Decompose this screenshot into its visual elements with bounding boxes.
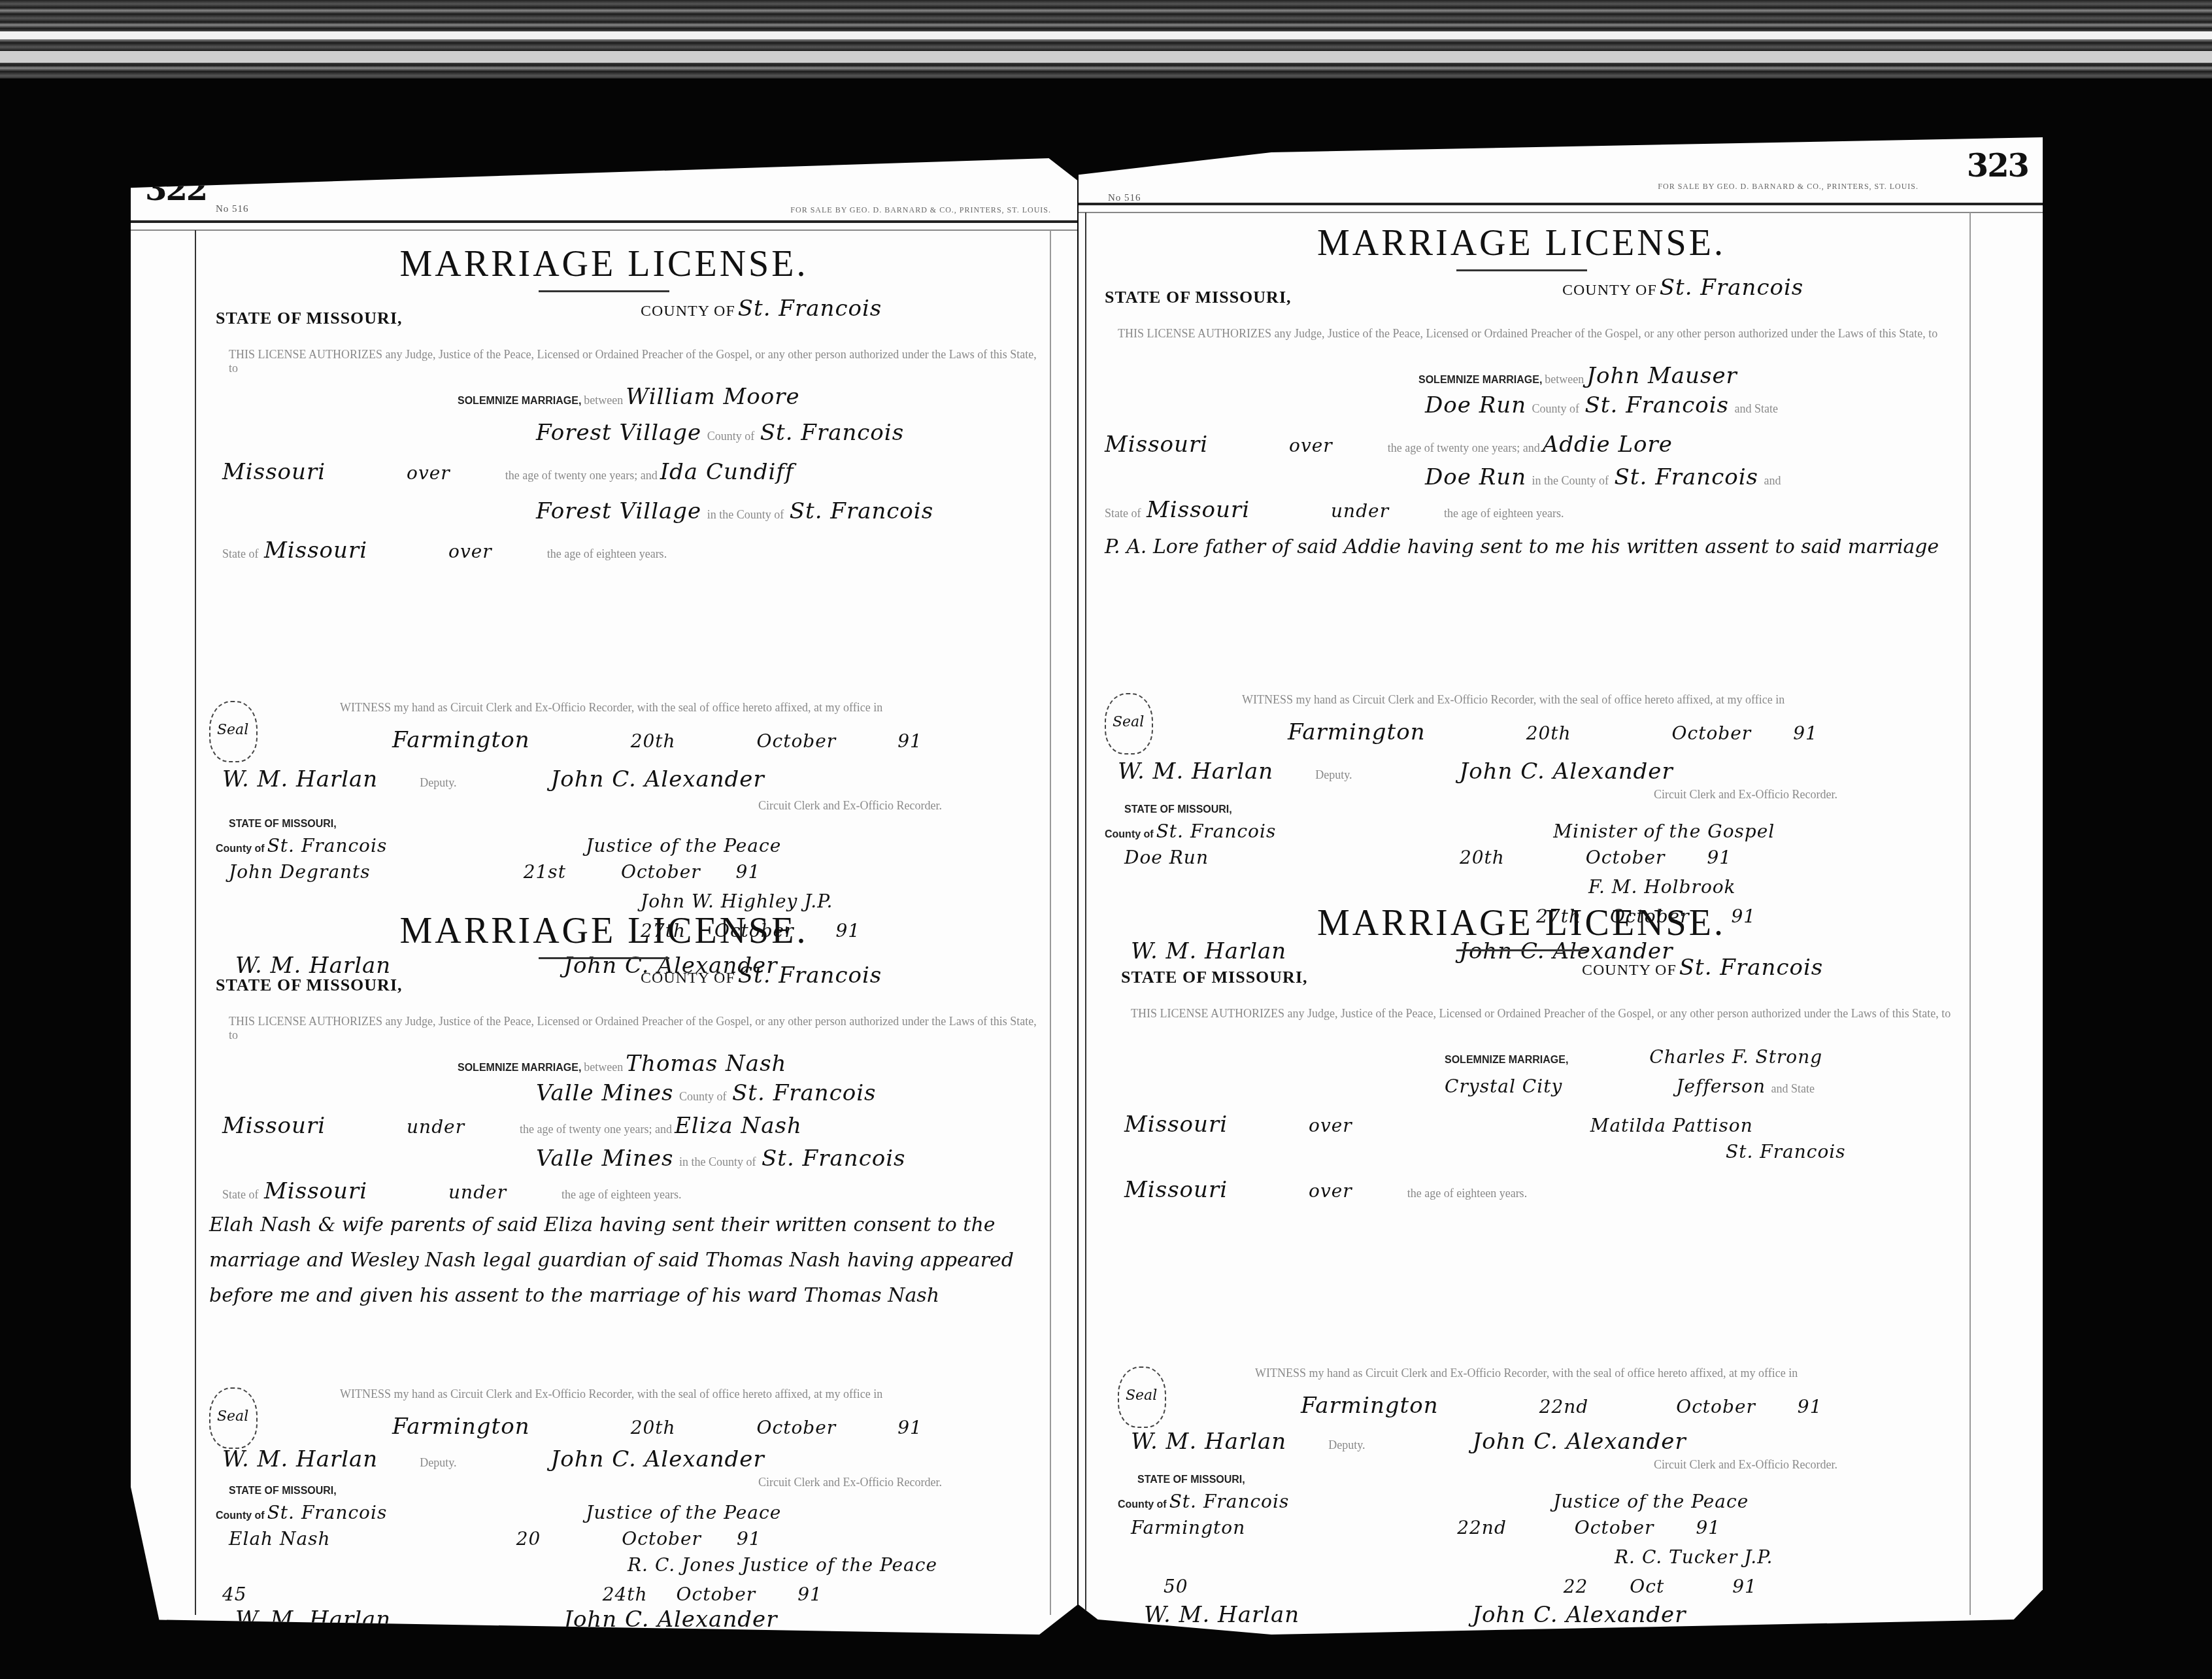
county-label: COUNTY OF [641,303,735,320]
bride-county: St. Francois [1726,1141,1846,1162]
clerk-signature: John C. Alexander [1460,758,1673,785]
cert-state: STATE OF MISSOURI, [1137,1474,1245,1486]
county-label: COUNTY OF [641,970,735,987]
issued-day: 20th [631,730,676,752]
header-rule [131,220,1077,231]
cert-county: St. Francois [1156,821,1277,842]
license-title: MARRIAGE LICENSE. [1079,902,1964,944]
bride-age: under [1331,500,1389,522]
title-underline [1456,269,1587,271]
solemnize-label: SOLEMNIZE MARRIAGE, [1418,375,1542,386]
state-label: STATE OF MISSOURI, [216,309,403,328]
issued-year: 91 [897,730,922,752]
witness-text: WITNESS my hand as Circuit Clerk and Ex-… [1242,693,1785,707]
cert-county: St. Francois [1169,1491,1290,1512]
age21-label: the age of twenty one years; and [505,469,658,482]
county-label: COUNTY OF [1562,282,1657,299]
ceremony-day: 20th [1460,847,1505,868]
groom-name: Charles F. Strong [1649,1046,1822,1068]
bride-state: Missouri [264,537,367,564]
issued-year: 91 [897,1417,922,1438]
issued-month: October [1676,1396,1756,1417]
ceremony-month: October [1575,1517,1654,1538]
groom-age: under [407,1116,465,1138]
preamble-text: THIS LICENSE AUTHORIZES any Judge, Justi… [229,1015,1046,1042]
ceremony-month: October [1586,847,1666,868]
recorded-year: 91 [797,1584,822,1605]
license-title: MARRIAGE LICENSE. [131,910,1077,952]
deputy-signature: W. M. Harlan [222,1446,378,1472]
consent-note: Elah Nash & wife parents of said Eliza h… [209,1208,1059,1314]
bride-state: Missouri [264,1178,367,1204]
bride-name: Matilda Pattison [1590,1115,1753,1136]
page-number: 323 [1967,148,2028,184]
deputy-signature: W. M. Harlan [1131,1429,1286,1455]
ceremony-day: 20 [516,1528,541,1550]
age18-label: the age of eighteen years. [547,547,667,560]
witness-text: WITNESS my hand as Circuit Clerk and Ex-… [1255,1366,1798,1380]
officiant-title: Minister of the Gospel [1553,821,1775,842]
bride-age: over [448,541,492,562]
clerk-signature: John C. Alexander [551,766,765,792]
groom-county: Jefferson [1676,1076,1766,1097]
preamble-text: THIS LICENSE AUTHORIZES any Judge, Justi… [1131,1007,1968,1021]
groom-age: over [1289,435,1333,456]
consent-note: P. A. Lore father of said Addie having s… [1105,530,1954,565]
issued-place: Farmington [1301,1393,1439,1419]
clerk-title: Circuit Clerk and Ex-Officio Recorder. [758,1476,942,1489]
groom-name: John Mauser [1586,363,1737,389]
groom-county: St. Francois [760,420,904,446]
officiant-title: Justice of the Peace [1553,1491,1749,1512]
ceremony-month: October [621,861,701,883]
title-underline [539,290,669,292]
cert-state: STATE OF MISSOURI, [229,1485,337,1497]
officiant-signature: R. C. Jones Justice of the Peace [628,1554,937,1576]
groom-residence: Doe Run [1425,392,1526,418]
ceremony-year: 91 [736,861,761,883]
clerk-title: Circuit Clerk and Ex-Officio Recorder. [758,799,942,813]
recorded-time: 45 [222,1584,247,1605]
county-label: COUNTY OF [1582,962,1677,979]
title-underline [1456,949,1587,951]
deputy-signature: W. M. Harlan [222,766,378,792]
solemnize-label: SOLEMNIZE MARRIAGE, [458,396,581,407]
ceremony-day: 22nd [1457,1517,1507,1538]
recorded-deputy: W. M. Harlan [235,1606,391,1633]
groom-county: St. Francois [1585,392,1729,418]
groom-county: St. Francois [732,1080,876,1106]
bride-state: Missouri [1124,1177,1228,1203]
state-label: STATE OF MISSOURI, [1105,288,1292,307]
clerk-signature: John C. Alexander [1473,1429,1686,1455]
clerk-title: Circuit Clerk and Ex-Officio Recorder. [1654,1458,1837,1472]
recorded-month: Oct [1630,1576,1664,1597]
groom-state: Missouri [1105,432,1208,458]
ceremony-year: 91 [737,1528,762,1550]
groom-name: William Moore [626,384,799,410]
state-label: STATE OF MISSOURI, [216,975,403,995]
issued-place: Farmington [1288,719,1426,745]
seal-mark: Seal [1105,693,1153,755]
page-number: 322 [145,171,207,208]
groom-state: Missouri [1124,1111,1228,1138]
ceremony-year: 91 [1707,847,1732,868]
issued-month: October [1672,722,1752,744]
groom-name: Thomas Nash [626,1051,786,1077]
bride-residence: Valle Mines [536,1145,674,1172]
ceremony-year: 91 [1696,1517,1720,1538]
county-value: St. Francois [1679,955,1823,981]
issued-month: October [757,1417,837,1438]
between-label: between [584,394,623,407]
groom-age: over [1309,1115,1352,1136]
seal-mark: Seal [209,1387,258,1449]
officiant-title: Justice of the Peace [586,835,781,856]
issued-day: 20th [1526,722,1571,744]
ledger-page-right: 323 No 516 FOR SALE BY GEO. D. BARNARD &… [1079,137,2043,1635]
recorded-clerk: John C. Alexander [563,1606,777,1633]
ceremony-day: 21st [524,861,566,883]
ceremony-place: Elah Nash [229,1528,331,1550]
recorded-deputy: W. M. Harlan [1144,1602,1299,1628]
recorded-clerk: John C. Alexander [1472,1602,1686,1628]
scanner-artifact-bands [0,0,2212,78]
ledger-page-left: 322 No 516 FOR SALE BY GEO. D. BARNARD &… [131,158,1077,1635]
bride-residence: Doe Run [1425,464,1526,490]
issued-month: October [757,730,837,752]
state-label: STATE OF MISSOURI, [1121,968,1308,987]
recorded-time: 50 [1164,1576,1188,1597]
groom-residence: Forest Village [536,420,701,446]
bride-county: St. Francois [1615,464,1758,490]
groom-state: Missouri [222,459,326,485]
issued-place: Farmington [392,1414,530,1440]
county-value: St. Francois [738,296,882,322]
bride-county: St. Francois [790,498,933,524]
officiant-signature: F. M. Holbrook [1588,876,1736,898]
solemnize-label: SOLEMNIZE MARRIAGE, [1445,1055,1568,1066]
recorded-year: 91 [1732,1576,1757,1597]
bride-county: St. Francois [762,1145,905,1172]
printer-line: FOR SALE BY GEO. D. BARNARD & CO., PRINT… [790,205,1051,215]
bride-name: Addie Lore [1543,432,1673,458]
recorded-month: October [677,1584,756,1605]
bride-age: over [1309,1180,1352,1202]
header-rule [1079,203,2043,213]
deputy-signature: W. M. Harlan [1118,758,1273,785]
license-entry-3: MARRIAGE LICENSE. STATE OF MISSOURI, COU… [1079,222,1964,974]
officiant-title: Justice of the Peace [586,1502,781,1523]
license-entry-2: MARRIAGE LICENSE. STATE OF MISSOURI, COU… [131,910,1077,1629]
ceremony-place: Doe Run [1124,847,1209,868]
cert-state: STATE OF MISSOURI, [229,819,337,830]
groom-state: Missouri [222,1113,326,1139]
county-value: St. Francois [1660,275,1803,301]
printer-line: FOR SALE BY GEO. D. BARNARD & CO., PRINT… [1658,182,1919,192]
license-entry-4: MARRIAGE LICENSE. STATE OF MISSOURI, COU… [1079,902,1964,1621]
ceremony-month: October [622,1528,701,1550]
officiant-signature: John W. Highley J.P. [641,890,833,912]
preamble-text: THIS LICENSE AUTHORIZES any Judge, Justi… [1118,327,1954,341]
bride-age: under [448,1181,507,1203]
seal-mark: Seal [209,701,258,762]
clerk-title: Circuit Clerk and Ex-Officio Recorder. [1654,788,1837,802]
issued-day: 22nd [1539,1396,1589,1417]
preamble-text: THIS LICENSE AUTHORIZES any Judge, Justi… [229,348,1046,375]
bride-name: Eliza Nash [675,1113,802,1139]
ceremony-place: Farmington [1131,1517,1245,1538]
seal-mark: Seal [1118,1366,1166,1428]
groom-age: over [407,462,450,484]
cert-county: St. Francois [267,1502,388,1523]
issued-year: 91 [1798,1396,1822,1417]
witness-text: WITNESS my hand as Circuit Clerk and Ex-… [340,1387,882,1401]
cert-county: St. Francois [267,835,388,856]
clerk-signature: John C. Alexander [551,1446,765,1472]
recorded-day: 22 [1564,1576,1588,1597]
license-entry-1: MARRIAGE LICENSE. STATE OF MISSOURI, COU… [131,243,1077,995]
form-number: No 516 [216,204,249,215]
title-underline [539,957,669,959]
witness-text: WITNESS my hand as Circuit Clerk and Ex-… [340,701,882,715]
solemnize-label: SOLEMNIZE MARRIAGE, [458,1062,581,1074]
issued-year: 91 [1793,722,1818,744]
ceremony-place: John Degrants [229,861,371,883]
issued-place: Farmington [392,727,530,753]
bride-residence: Forest Village [536,498,701,524]
county-value: St. Francois [738,962,882,989]
officiant-signature: R. C. Tucker J.P. [1615,1546,1773,1568]
groom-residence: Crystal City [1445,1076,1562,1097]
cert-state: STATE OF MISSOURI, [1124,804,1232,816]
recorded-day: 24th [603,1584,648,1605]
groom-residence: Valle Mines [536,1080,674,1106]
license-title: MARRIAGE LICENSE. [1079,222,1964,264]
bride-state: Missouri [1147,497,1250,523]
bride-name: Ida Cundiff [660,459,794,485]
issued-day: 20th [631,1417,676,1438]
license-title: MARRIAGE LICENSE. [131,243,1077,285]
